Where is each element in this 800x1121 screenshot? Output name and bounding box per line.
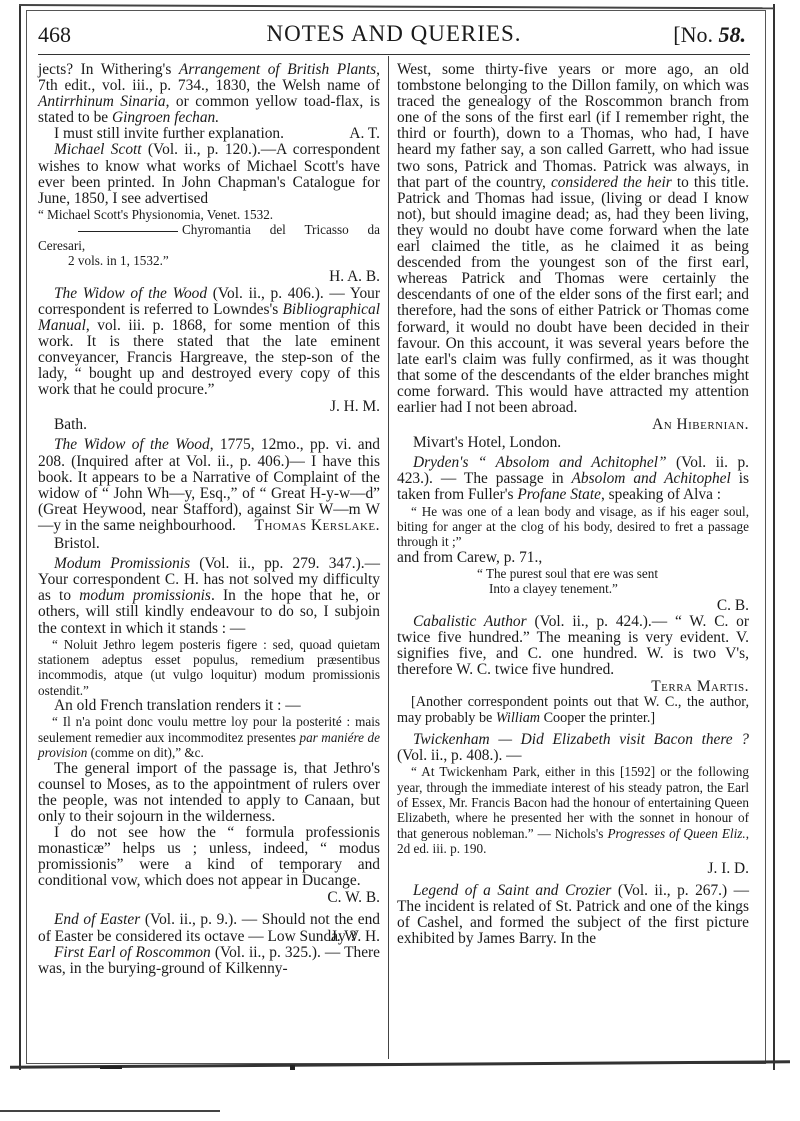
scan-artifact xyxy=(290,1065,295,1070)
signature: An Hibernian. xyxy=(397,417,749,433)
carew-intro: and from Carew, p. 71., xyxy=(397,550,749,566)
entry-heading: Michael Scott xyxy=(54,141,142,158)
fuller-quote: “ He was one of a lean body and visage, … xyxy=(397,504,749,550)
signature: H. A. B. xyxy=(38,269,380,285)
text: Cooper the printer.] xyxy=(540,710,655,726)
quote-line: Chyromantia del Tricasso da Ceresari, xyxy=(38,222,380,253)
right-column: West, some thirty-five years or more ago… xyxy=(397,62,749,947)
text-italic: considered the heir xyxy=(551,174,672,191)
species-name: Antirrhinum Sinaria xyxy=(38,93,166,110)
entry-twickenham: Twickenham — Did Elizabeth visit Bacon t… xyxy=(397,732,749,764)
quote-line: “ Michael Scott's Physionomia, Venet. 15… xyxy=(38,207,380,222)
issue-prefix: [No. xyxy=(673,22,713,47)
french-intro: An old French translation renders it : — xyxy=(38,698,380,714)
text: to this title. Patrick and Thomas had is… xyxy=(397,174,749,416)
verse-line: Into a clayey tenement.” xyxy=(397,581,749,596)
signature: J. I. D. xyxy=(397,861,749,877)
text: Chyromantia del Tricasso da Ceresari, xyxy=(38,222,380,252)
entry-heading: First Earl of Roscommon xyxy=(54,944,211,961)
entry-heading: Dryden's “ Absolom and Achitophel” xyxy=(413,454,667,471)
entry-cabalistic-author: Cabalistic Author (Vol. ii., p. 424.).— … xyxy=(397,614,749,678)
column-divider xyxy=(388,56,389,1059)
entry-body: (Vol. ii., p. 408.). — xyxy=(397,747,522,764)
entry-heading: Modum Promissionis xyxy=(54,555,190,572)
entry-heading: The Widow of the Wood xyxy=(54,285,207,302)
entry-body: , vol. iii. p. 1868, for some mention of… xyxy=(38,317,380,398)
entry-heading: Cabalistic Author xyxy=(413,613,527,630)
editor-note: [Another correspondent points out that W… xyxy=(397,695,749,726)
journal-title: NOTES AND QUERIES. xyxy=(38,21,750,47)
scan-artifact xyxy=(100,1066,122,1069)
text: I must still invite further explanation. xyxy=(38,126,284,142)
entry-heading: Legend of a Saint and Crozier xyxy=(413,882,611,899)
signature: A. T. xyxy=(333,126,380,142)
paragraph-withering: jects? In Withering's Arrangement of Bri… xyxy=(38,62,380,126)
header-rule xyxy=(38,54,750,55)
left-column: jects? In Withering's Arrangement of Bri… xyxy=(38,62,380,977)
entry-modum-promissionis: Modum Promissionis (Vol. ii., pp. 279. 3… xyxy=(38,556,380,636)
entry-dryden: Dryden's “ Absolom and Achitophel” (Vol.… xyxy=(397,455,749,503)
welsh-name: Gingroen fechan. xyxy=(112,109,219,126)
book-title: Profane State xyxy=(517,486,601,503)
text: jects? In Withering's xyxy=(38,61,179,78)
paragraph-explanation: I must still invite further explanation.… xyxy=(38,126,380,142)
issue-number: [No. 58. xyxy=(673,22,746,48)
paragraph-import: The general import of the passage is, th… xyxy=(38,761,380,825)
book-title: Progresses of Queen Eliz. xyxy=(607,826,745,841)
book-title: Arrangement of British Plants xyxy=(179,61,376,78)
signature: Terra Martis. xyxy=(397,679,749,695)
page-bottom-rule-lower xyxy=(0,1110,220,1112)
french-quote: “ Il n'a point donc voulu mettre loy pou… xyxy=(38,714,380,760)
entry-heading: Twickenham — Did Elizabeth visit Bacon t… xyxy=(413,731,749,748)
place: Mivart's Hotel, London. xyxy=(397,435,749,451)
ditto-rule xyxy=(78,231,178,232)
entry-heading: The Widow of the Wood xyxy=(54,436,210,453)
entry-heading: End of Easter xyxy=(54,911,140,928)
issue-value: 58. xyxy=(719,22,747,47)
entry-legend-saint-crozier: Legend of a Saint and Crozier (Vol. ii.,… xyxy=(397,883,749,947)
paragraph-formula: I do not see how the “ formula professio… xyxy=(38,825,380,889)
signature: C. B. xyxy=(397,598,749,614)
phrase: modum promissionis xyxy=(79,587,211,604)
entry-body: , speaking of Alva : xyxy=(601,486,721,503)
entry-end-of-easter: End of Easter (Vol. ii., p. 9.). — Shoul… xyxy=(38,912,380,944)
text: (comme on dit),” &c. xyxy=(87,745,203,760)
latin-quote: “ Noluit Jethro legem posteris figere : … xyxy=(38,637,380,699)
place: Bath. xyxy=(38,417,380,433)
entry-first-earl-of-roscommon: First Earl of Roscommon (Vol. ii., p. 32… xyxy=(38,945,380,977)
entry-widow-of-the-wood-1: The Widow of the Wood (Vol. ii., p. 406.… xyxy=(38,286,380,399)
quote-line: 2 vols. in 1, 1532.” xyxy=(38,253,380,268)
text: West, some thirty-five years or more ago… xyxy=(397,61,749,191)
running-header: 468 NOTES AND QUERIES. [No. 58. xyxy=(38,18,750,52)
place: Bristol. xyxy=(38,536,380,552)
signature: C. W. B. xyxy=(38,890,380,906)
poem-title: Absolom and Achitophel xyxy=(572,470,731,487)
verse-line: “ The purest soul that ere was sent xyxy=(397,566,749,581)
roscommon-continuation: West, some thirty-five years or more ago… xyxy=(397,62,749,416)
entry-michael-scott: Michael Scott (Vol. ii., p. 120.).—A cor… xyxy=(38,142,380,206)
text-italic: William xyxy=(496,710,540,726)
nichols-quote: “ At Twickenham Park, either in this [15… xyxy=(397,764,749,856)
signature: J. H. M. xyxy=(38,399,380,415)
